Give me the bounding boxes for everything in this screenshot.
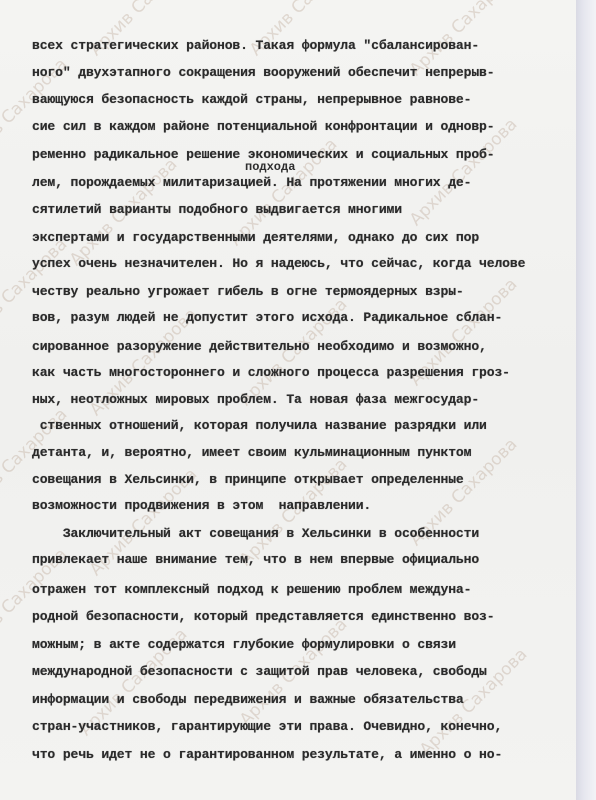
text-line: лем, порождаемых милитаризацией. На прот… (32, 175, 471, 190)
text-line: отражен тот комплексный подход к решению… (32, 582, 471, 597)
text-line: привлекает наше внимание тем, что в нем … (32, 552, 479, 567)
text-line: ного" двухэтапного сокращения вооружений… (32, 65, 494, 80)
text-line: сятилетий варианты подобного выдвигается… (32, 202, 402, 217)
text-line: экспертами и государственными деятелями,… (32, 230, 479, 245)
text-line: честву реально угрожает гибель в огне те… (32, 284, 464, 299)
text-line: международной безопасности с защитой пра… (32, 664, 487, 679)
text-line: вов, разум людей не допустит этого исход… (32, 310, 502, 325)
text-line: Заключительный акт совещания в Хельсинки… (32, 526, 479, 541)
text-line: можным; в акте содержатся глубокие форму… (32, 637, 456, 652)
text-line: ственных отношений, которая получила наз… (32, 418, 487, 433)
text-line: вающуюся безопасность каждой страны, неп… (32, 92, 471, 107)
text-line: информации и свободы передвижения и важн… (32, 692, 464, 707)
text-line: возможности продвижения в этом направлен… (32, 498, 371, 513)
text-line: сированное разоружение действительно нео… (32, 339, 487, 354)
text-line: ных, неотложных мировых проблем. Та нова… (32, 392, 479, 407)
text-line: сие сил в каждом районе потенциальной ко… (32, 119, 494, 134)
text-line: что речь идет не о гарантированном резул… (32, 747, 502, 762)
page-edge (576, 0, 596, 800)
text-line: как часть многостороннего и сложного про… (32, 365, 510, 380)
document-page: Архив СахароваАрхив СахароваАрхив Сахаро… (0, 0, 576, 800)
text-line: совещания в Хельсинки, в принципе открыв… (32, 472, 464, 487)
text-line: родной безопасности, который представляе… (32, 609, 494, 624)
text-line: стран-участников, гарантирующие эти прав… (32, 719, 502, 734)
handwritten-insertion: подхода (245, 160, 295, 174)
text-line: детанта, и, вероятно, имеет своим кульми… (32, 445, 471, 460)
text-line: успех очень незначителен. Но я надеюсь, … (32, 256, 525, 271)
text-line: всех стратегических районов. Такая форму… (32, 38, 479, 53)
